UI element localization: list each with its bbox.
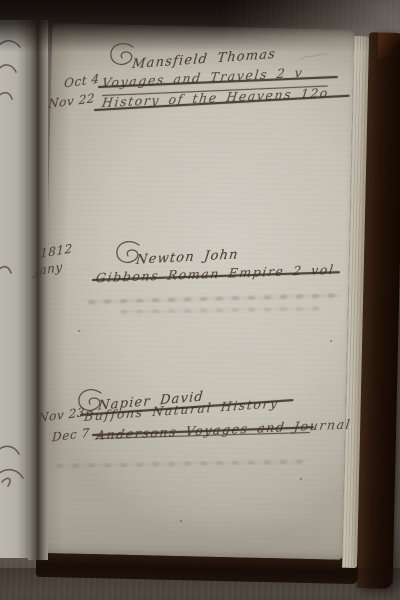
facing-page-ink-strokes-icon [0, 20, 30, 560]
binding-gutter [28, 20, 48, 560]
paper-speck [300, 478, 302, 480]
ledger-photograph: Mansfield Thomas Oct 4 Voyages and Trave… [0, 0, 400, 600]
paper-speck [330, 340, 332, 342]
paper-speck [180, 520, 182, 522]
paper-speck [78, 330, 80, 332]
faint-pencil-mark-icon [298, 50, 330, 64]
